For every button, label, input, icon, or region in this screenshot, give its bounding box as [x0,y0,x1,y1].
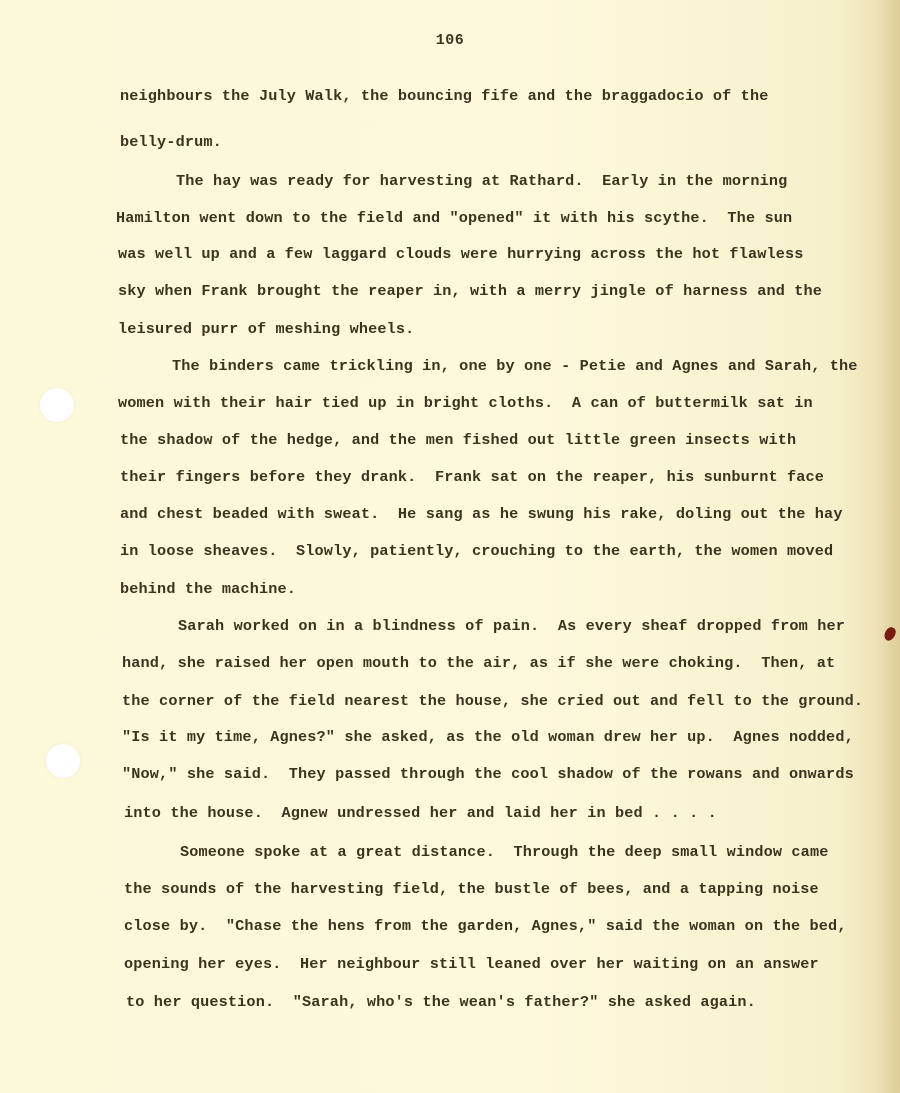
text-line: hand, she raised her open mouth to the a… [122,654,835,672]
text-line: the corner of the field nearest the hous… [122,692,863,710]
text-line: The hay was ready for harvesting at Rath… [176,172,787,190]
text-line: was well up and a few laggard clouds wer… [118,245,804,263]
text-line: leisured purr of meshing wheels. [118,320,414,338]
text-line: in loose sheaves. Slowly, patiently, cro… [120,542,833,560]
text-line: to her question. "Sarah, who's the wean'… [126,993,756,1011]
text-line: into the house. Agnew undressed her and … [124,804,717,822]
text-line: the sounds of the harvesting field, the … [124,880,819,898]
punch-hole-lower [46,744,80,778]
text-line: sky when Frank brought the reaper in, wi… [118,282,822,300]
typescript-page: 106 neighbours the July Walk, the bounci… [0,0,900,1093]
text-line: and chest beaded with sweat. He sang as … [120,505,843,523]
text-line: belly-drum. [120,133,222,151]
text-line: Someone spoke at a great distance. Throu… [180,843,828,861]
text-line: close by. "Chase the hens from the garde… [124,917,847,935]
page-number: 106 [0,32,900,49]
text-line: "Now," she said. They passed through the… [122,765,854,783]
text-line: opening her eyes. Her neighbour still le… [124,955,819,973]
punch-hole-upper [40,388,74,422]
text-line: Hamilton went down to the field and "ope… [116,209,792,227]
text-line: The binders came trickling in, one by on… [172,357,858,375]
text-line: "Is it my time, Agnes?" she asked, as th… [122,728,854,746]
text-line: Sarah worked on in a blindness of pain. … [178,617,845,635]
text-line: behind the machine. [120,580,296,598]
text-line: women with their hair tied up in bright … [118,394,813,412]
text-line: the shadow of the hedge, and the men fis… [120,431,796,449]
page-edge-shadow [878,0,900,1093]
text-line: their fingers before they drank. Frank s… [120,468,824,486]
text-line: neighbours the July Walk, the bouncing f… [120,87,768,105]
